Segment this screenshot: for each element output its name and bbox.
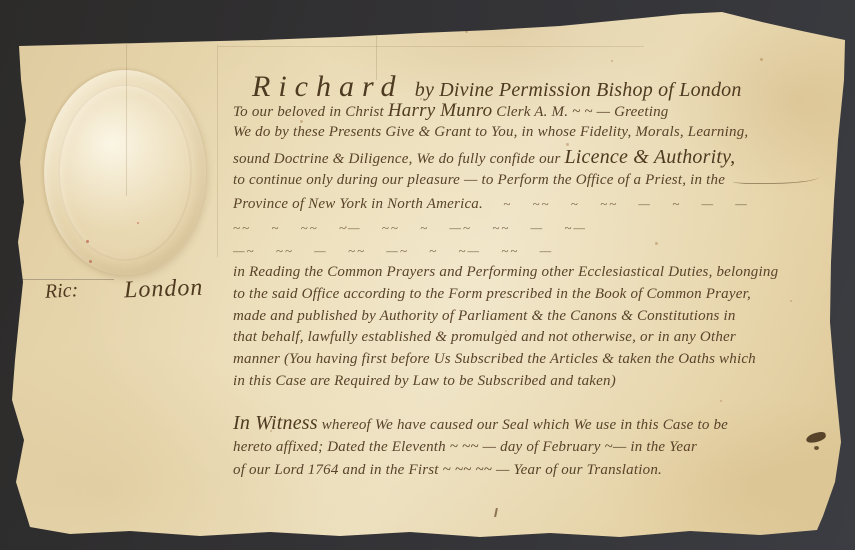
foxing-speck — [345, 226, 347, 228]
foxing-speck — [566, 143, 569, 146]
margin-signature-name: London — [124, 275, 204, 305]
letter-line: in Reading the Common Prayers and Perfor… — [233, 264, 825, 281]
paper-sheet: Ric: London Richard by Divine Permission… — [0, 0, 855, 550]
letter-line-address: To our beloved in Christ Harry Munro Cle… — [233, 100, 825, 122]
province-phrase: Province of New York in North America. — [233, 196, 483, 212]
photo-backdrop: Ric: London Richard by Divine Permission… — [0, 0, 855, 550]
foxing-speck — [270, 430, 272, 432]
wax-remnant-speck — [86, 240, 89, 243]
embossed-seal — [44, 70, 206, 275]
wax-remnant-speck — [89, 260, 92, 263]
letter-line-year: of our Lord 1764 and in the First ~ ~~ ~… — [233, 462, 825, 479]
filler-squiggles: ~ ~~ ~ ~~ — ~ — — — [483, 196, 749, 211]
foxing-speck — [300, 120, 303, 123]
letter-line-date: hereto affixed; Dated the Eleventh ~ ~~ … — [233, 439, 825, 456]
recipient-name: Harry Munro — [388, 100, 492, 121]
pen-flourish-rule — [733, 172, 819, 184]
letter-line: to the said Office according to the Form… — [233, 286, 825, 303]
ink-stray-mark — [494, 508, 498, 517]
foxing-speck — [465, 30, 468, 33]
foxing-speck — [420, 98, 422, 100]
letter-line-witness: In Witness whereof We have caused our Se… — [233, 412, 825, 435]
letter-line: manner (You having first before Us Subsc… — [233, 351, 825, 368]
letter-line: that behalf, lawfully established & prom… — [233, 329, 825, 346]
margin-signature-abbrev: Ric: — [44, 279, 78, 304]
wax-remnant-speck — [137, 222, 139, 224]
foxing-speck — [720, 400, 722, 402]
foxing-speck — [760, 58, 763, 61]
line-5-text: to continue only during our pleasure — t… — [233, 172, 725, 189]
letter-line: to continue only during our pleasure — t… — [233, 172, 825, 189]
filler-squiggle-row: —~ ~~ — ~~ —~ ~ ~— ~~ — — [233, 243, 825, 259]
fold-crease — [126, 44, 127, 196]
in-witness-phrase: In Witness — [233, 412, 318, 434]
letter-line: We do by these Presents Give & Grant to … — [233, 124, 825, 141]
licence-authority-phrase: Licence & Authority, — [564, 146, 735, 168]
emboss-line-horizontal — [218, 46, 644, 47]
salutation-rest: by Divine Permission Bishop of London — [410, 79, 742, 101]
witness-rest: whereof We have caused our Seal which We… — [318, 417, 728, 433]
letter-line: in this Case are Required by Law to be S… — [233, 373, 825, 390]
address-post: Clerk A. M. ~ ~ — Greeting — [492, 104, 668, 120]
foxing-speck — [622, 470, 624, 472]
letter-line-salutation: Richard by Divine Permission Bishop of L… — [252, 70, 844, 104]
ink-blot-small — [814, 446, 819, 450]
line-4-pre: sound Doctrine & Diligence, We do fully … — [233, 151, 564, 167]
foxing-speck — [790, 300, 792, 302]
letter-line: made and published by Authority of Parli… — [233, 308, 825, 325]
emboss-line-vertical — [217, 45, 218, 257]
foxing-speck — [655, 242, 658, 245]
letter-line: Province of New York in North America. ~… — [233, 196, 825, 213]
foxing-speck — [505, 330, 507, 332]
filler-squiggle-row: ~~ ~ ~~ ~— ~~ ~ —~ ~~ — ~— — [233, 220, 825, 236]
foxing-speck — [611, 60, 613, 62]
letter-line: sound Doctrine & Diligence, We do fully … — [233, 146, 825, 169]
address-pre: To our beloved in Christ — [233, 104, 388, 120]
bishop-name: Richard — [252, 70, 410, 103]
